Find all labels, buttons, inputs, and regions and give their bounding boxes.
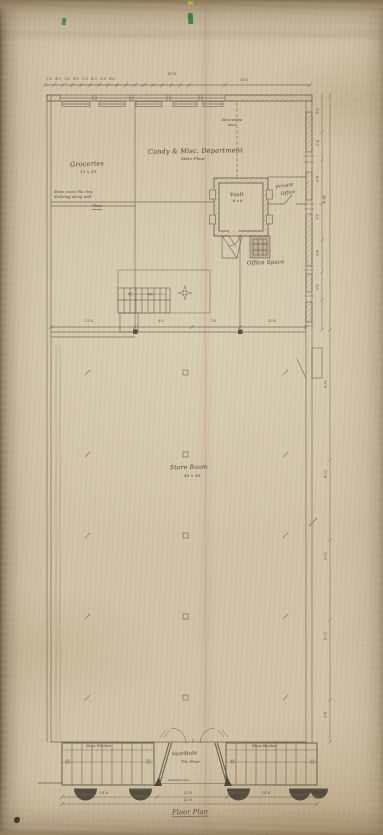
dim-top-8: 4'0 [109,78,115,81]
note-stair-up: up [148,293,153,296]
column-footings [74,789,328,801]
right-wall [297,95,322,742]
dim-mid-2: 9'0 [158,320,164,323]
room-sub-groceries: 13 x 33 [80,170,96,174]
dim-top-7: 2'6 [100,78,106,81]
room-sub-vestibule: Tile Floor [181,761,200,765]
dim-bottom-2: 13'0 [184,792,192,795]
dim-right-upper-2: 4'0 [315,140,318,146]
dim-top-3: 2'6 [64,78,70,81]
room-label-show-window-right: Show Window [252,745,277,748]
room-label-groceries: Groceries [70,160,104,168]
note-step: Cement step [168,779,189,782]
dim-right-lower-1: 16'0 [323,380,326,388]
room-sub-vault: 6 x 8 [233,200,243,204]
dim-top-5: 2'6 [82,78,88,81]
dim-top-total: 42'6 [168,73,176,76]
column-markers [85,370,288,737]
dim-top-4: 4'0 [73,78,79,81]
dim-right-upper-6: 5'0 [315,284,318,290]
staircase [118,270,210,332]
right-dimension-lines [320,93,331,743]
room-sub-store-room: 40 x 96 [184,474,200,478]
dim-right-upper-3: 8'0 [315,176,318,182]
dim-mid-3: 7'6 [210,320,216,323]
dim-top-long: 18'0 [240,79,248,82]
dim-right-upper-5: 6'0 [315,250,318,256]
room-sub-candy-department: Main Floor [181,157,205,161]
dim-bottom-3: 14'6 [262,792,270,795]
room-label-store-room: Store Room [170,465,208,472]
room-label-candy-department: Candy & Misc. Department [148,147,243,155]
dim-right-upper-4: 3'0 [315,214,318,220]
dim-right-lower-2: 12'6 [323,470,326,478]
note-glass: Glass [92,205,102,210]
note-mezzanine-1: Mezzanine [222,119,242,122]
vestibule-walls [154,728,232,786]
note-counter-2: Shelving along wall [54,196,92,199]
dim-right-upper-1: 5'6 [315,108,318,114]
drawing-sheet: Groceries 13 x 33 Candy & Misc. Departme… [0,0,383,835]
note-counter-1: Show cases this line [54,191,93,194]
room-label-vault: Vault [230,193,244,198]
floor-plan-drawing [0,0,383,835]
dim-mid-4: 10'6 [268,320,276,323]
dim-mid-1: 13'0 [85,320,93,323]
dim-top-6: 4'0 [91,78,97,81]
shaft-grid [222,236,270,258]
dim-right-lower-3: 12'6 [323,552,326,560]
room-label-show-window-left: Show Window [86,745,111,748]
column-ornament [178,286,192,300]
dim-bottom-1: 14'6 [100,792,108,795]
top-dimension-line [44,83,312,87]
dim-bottom-total: 42'0 [184,799,192,802]
dim-right-lower-5: 9'0 [323,712,326,718]
dim-top-2: 4'0 [55,78,61,81]
sheet-title: Floor Plan [172,809,208,818]
rear-wall [47,95,312,107]
dim-top-1: 2'6 [46,78,52,81]
note-mezzanine-2: over [228,124,236,127]
dim-right-upper-total: 36'6 [322,195,325,203]
dim-right-lower-4: 12'6 [323,632,326,640]
